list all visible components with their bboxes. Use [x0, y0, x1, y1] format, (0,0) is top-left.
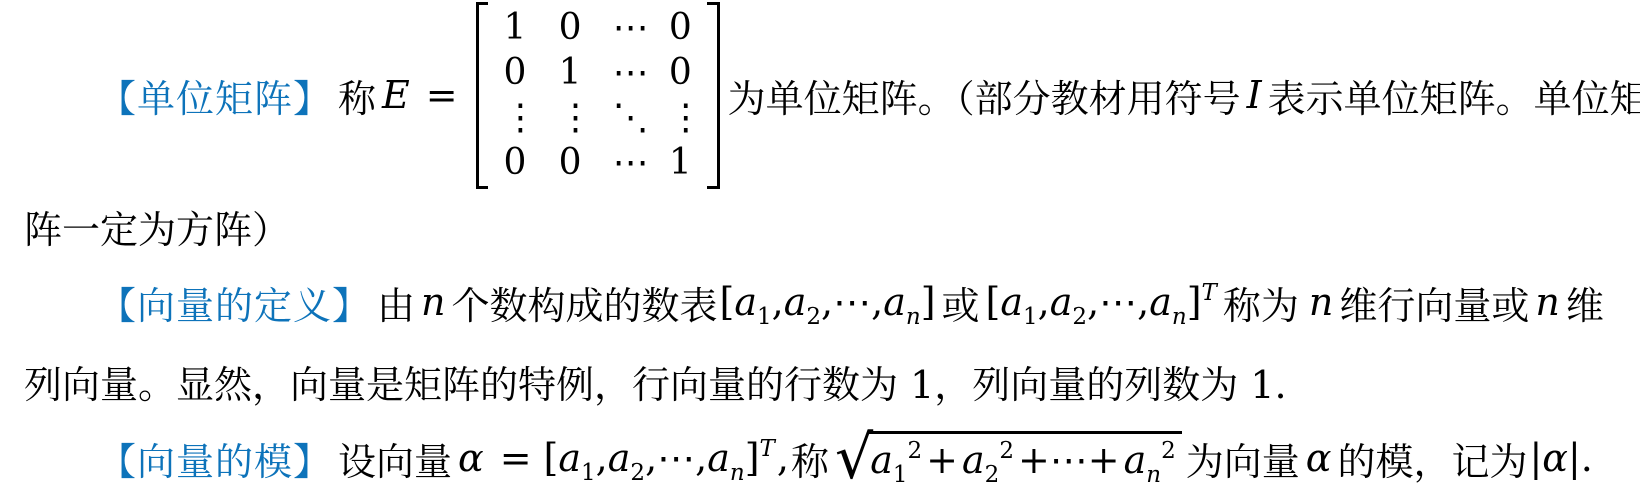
- text-or: 或: [942, 275, 980, 330]
- subscript-2: 2: [1072, 304, 1087, 330]
- term-label-vector-norm: 【向量的模】: [98, 431, 332, 486]
- matrix-cell: ⋱: [613, 100, 638, 136]
- var-n: n: [1535, 280, 1559, 324]
- comma: ,: [772, 280, 784, 324]
- subscript-2: 2: [806, 304, 821, 330]
- var-alpha: α: [1542, 436, 1568, 480]
- text-cheng: 称: [791, 431, 829, 486]
- comma-after-T: ,: [777, 436, 789, 480]
- superscript-2: 2: [999, 438, 1014, 464]
- var-a: a: [1050, 280, 1073, 324]
- subscript-n: n: [906, 304, 921, 330]
- superscript-T: T: [1202, 280, 1217, 306]
- var-E: E: [382, 73, 410, 117]
- superscript-T: T: [760, 436, 775, 462]
- matrix-bracket-right-icon: [707, 2, 720, 189]
- matrix-cell: ⋮: [502, 100, 527, 136]
- identity-matrix: 1 0 ⋯ 0 0 1 ⋯ 0 ⋮ ⋮ ⋱ ⋮ 0 0 ⋯ 1: [476, 2, 720, 189]
- matrix-cells: 1 0 ⋯ 0 0 1 ⋯ 0 ⋮ ⋮ ⋱ ⋮ 0 0 ⋯ 1: [488, 2, 706, 189]
- cdots: ,⋯,: [1087, 280, 1149, 324]
- text-wrap-unit-matrix: 阵一定为方阵）: [24, 199, 290, 254]
- bracket-close: ]: [1187, 280, 1202, 324]
- text-cheng: 称: [338, 68, 376, 123]
- abs-bar-right: |: [1568, 436, 1581, 480]
- matrix-cell: 0: [668, 10, 693, 46]
- text-row-vector-or: 维行向量或: [1339, 275, 1529, 330]
- var-a: a: [1000, 280, 1023, 324]
- superscript-2: 2: [1161, 438, 1176, 464]
- row-vector-expression: [a1,a2,⋯,an]: [720, 280, 936, 324]
- var-n: n: [1309, 280, 1333, 324]
- column-vector-expression: [a1,a2,⋯,an]T: [544, 436, 775, 480]
- var-a: a: [1149, 280, 1172, 324]
- text-set-vector: 设向量: [338, 431, 452, 486]
- matrix-cell: ⋯: [613, 145, 638, 181]
- paragraph-vector-definition: 【向量的定义】 由 n 个数构成的数表 [a1,a2,⋯,an] 或 [a1,a…: [0, 262, 1640, 342]
- var-a: a: [870, 438, 893, 482]
- comma: ,: [1038, 280, 1050, 324]
- matrix-cell: 0: [502, 55, 527, 91]
- text-number-table: 个数构成的数表: [452, 275, 718, 330]
- subscript-1: 1: [893, 462, 908, 488]
- matrix-cell: ⋯: [613, 10, 638, 46]
- var-a: a: [734, 280, 757, 324]
- var-a: a: [1124, 438, 1147, 482]
- var-a: a: [608, 436, 631, 480]
- matrix-cell: 0: [502, 145, 527, 181]
- equals-sign: =: [500, 436, 532, 480]
- text-wrap-vector-definition: 列向量。显然，向量是矩阵的特例，行向量的行数为 1，列向量的列数为 1.: [24, 354, 1287, 409]
- equals-sign: =: [426, 73, 458, 117]
- text-norm-called: 的模，记为: [1337, 431, 1527, 486]
- plus-sign: +: [926, 438, 958, 482]
- cdots: ,⋯,: [821, 280, 883, 324]
- matrix-cell: 1: [668, 145, 693, 181]
- paragraph-unit-matrix: 【单位矩阵】 称 E = 1 0 ⋯ 0 0 1 ⋯ 0 ⋮ ⋮ ⋱ ⋮ 0 0…: [0, 0, 1640, 190]
- var-alpha: α: [458, 436, 484, 480]
- subscript-n: n: [1146, 462, 1161, 488]
- matrix-bracket-left-icon: [476, 2, 489, 189]
- superscript-2: 2: [908, 438, 923, 464]
- var-n: n: [421, 280, 445, 324]
- matrix-cell: 0: [558, 10, 583, 46]
- bracket-open: [: [986, 280, 1001, 324]
- subscript-n: n: [730, 460, 745, 486]
- comma: ,: [596, 436, 608, 480]
- bracket-close: ]: [745, 436, 760, 480]
- var-I: I: [1247, 73, 1262, 117]
- period: .: [1581, 436, 1593, 480]
- document-page: 【单位矩阵】 称 E = 1 0 ⋯ 0 0 1 ⋯ 0 ⋮ ⋮ ⋱ ⋮ 0 0…: [0, 0, 1640, 496]
- var-a: a: [784, 280, 807, 324]
- subscript-2: 2: [985, 462, 1000, 488]
- var-a: a: [707, 436, 730, 480]
- matrix-cell: 0: [558, 145, 583, 181]
- text-called: 称为: [1223, 275, 1299, 330]
- abs-bar-left: |: [1529, 436, 1542, 480]
- matrix-cell: ⋮: [558, 100, 583, 136]
- paragraph-vector-norm: 【向量的模】 设向量 α = [a1,a2,⋯,an]T , 称 √ a12+a…: [0, 420, 1640, 496]
- matrix-cell: ⋮: [668, 100, 693, 136]
- abs-alpha-expression: |α|.: [1529, 436, 1592, 480]
- text-is-norm-of: 为向量: [1186, 431, 1300, 486]
- matrix-cell: 1: [558, 55, 583, 91]
- term-label-vector-definition: 【向量的定义】: [98, 275, 371, 330]
- var-a: a: [883, 280, 906, 324]
- bracket-open: [: [544, 436, 559, 480]
- var-a: a: [962, 438, 985, 482]
- text-after-matrix: 为单位矩阵。（部分教材用符号: [728, 68, 1241, 123]
- var-a: a: [558, 436, 581, 480]
- plus-cdots-plus: +⋯+: [1018, 438, 1120, 482]
- bracket-close: ]: [921, 280, 936, 324]
- sqrt-expression: √ a12+a22+⋯+an2: [835, 431, 1182, 485]
- matrix-cell: ⋯: [613, 55, 638, 91]
- bracket-open: [: [720, 280, 735, 324]
- paragraph-unit-matrix-wrap: 阵一定为方阵）: [0, 190, 1640, 262]
- matrix-cell: 1: [502, 10, 527, 46]
- text-after-I: 表示单位矩阵。单位矩: [1268, 68, 1640, 123]
- subscript-2: 2: [630, 460, 645, 486]
- cdots: ,⋯,: [645, 436, 707, 480]
- column-vector-expression: [a1,a2,⋯,an]T: [986, 280, 1217, 324]
- matrix-cell: 0: [668, 55, 693, 91]
- text-you: 由: [377, 275, 415, 330]
- subscript-1: 1: [581, 460, 596, 486]
- var-alpha: α: [1306, 436, 1332, 480]
- text-wei: 维: [1566, 275, 1604, 330]
- subscript-1: 1: [757, 304, 772, 330]
- paragraph-vector-definition-wrap: 列向量。显然，向量是矩阵的特例，行向量的行数为 1，列向量的列数为 1.: [0, 342, 1640, 420]
- sqrt-radicand: a12+a22+⋯+an2: [868, 431, 1182, 482]
- subscript-1: 1: [1023, 304, 1038, 330]
- subscript-n: n: [1172, 304, 1187, 330]
- term-label-unit-matrix: 【单位矩阵】: [98, 68, 332, 123]
